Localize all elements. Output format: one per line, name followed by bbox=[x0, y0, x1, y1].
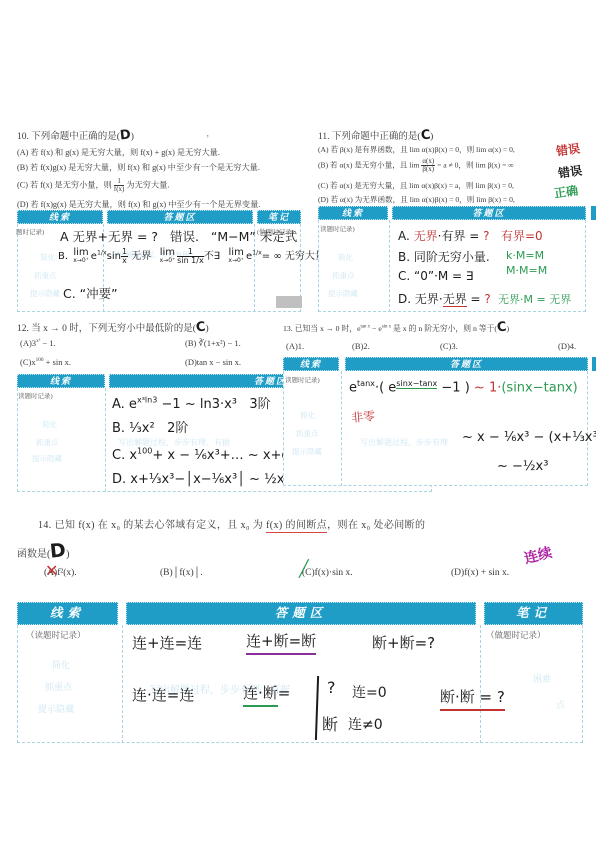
watermark-key-points: 抓重点 bbox=[45, 680, 72, 693]
q11-annotation-wrong-a: 错误 bbox=[555, 139, 581, 159]
q14-title-line2: 函数是(D) bbox=[17, 540, 69, 562]
watermark-key-points: 抓重点 bbox=[296, 428, 319, 439]
q14-work-r1-mixed-plus: 连+断=断 bbox=[246, 630, 316, 655]
watermark-key-points: 抓重点 bbox=[36, 437, 59, 448]
q13-option-b: (B)2. bbox=[352, 341, 370, 351]
q12-clue-sublabel: 读题时记录) bbox=[18, 391, 53, 400]
q11-column-divider bbox=[389, 220, 390, 312]
fraction: 1f(x) bbox=[114, 178, 125, 193]
gray-smudge bbox=[276, 296, 302, 308]
watermark-simplify: 简化 bbox=[40, 252, 55, 263]
q14-notes-sublabel: （做题时记录） bbox=[486, 629, 546, 641]
q14-notes-header: 笔记 bbox=[484, 602, 583, 625]
q11-option-b: (B) 若 α(x) 是无穷小量，且 lim α(x)β(x) = a ≠ 0，… bbox=[318, 158, 514, 173]
q14-work-r1-continuous-plus: 连+连=连 bbox=[132, 632, 202, 653]
q14-case-condition-1: 连=0 bbox=[352, 682, 387, 702]
watermark-hint: 提示隐藏 bbox=[292, 446, 322, 457]
q11-work-line-d: D. 无界·无界 = ? bbox=[398, 290, 491, 307]
q13-work-line-3: ~ −½x³ bbox=[497, 459, 548, 474]
q11-option-d: (D) 若 α(x) 为无界函数，且 lim α(x)β(x) = 0，则 li… bbox=[318, 194, 515, 205]
q11-option-c: (C) 若 α(x) 是无穷大量，且 lim α(x)β(x) = a，则 li… bbox=[318, 180, 514, 191]
q10-work-line-b: B. limx→0⁺e1/xsin1x 无界 limx→0⁺1sin 1/x不∃… bbox=[58, 247, 325, 265]
watermark-simplify: 简化 bbox=[42, 419, 57, 430]
q11-title: 11. 下列命题中正确的是(C) bbox=[318, 128, 433, 143]
watermark-difficult: 困难 bbox=[533, 672, 551, 685]
q10-work-line-a: A 无界+无界 = ? 错误. “M−M” 未定式 bbox=[60, 227, 297, 245]
q13-clue-header: 线索 bbox=[283, 357, 339, 371]
q12-work-line-b: B. ⅓x² 2阶 bbox=[112, 417, 188, 436]
q11-work-line-c: C. “0”·M = ∃ bbox=[398, 269, 474, 283]
q11-work-green-1: k·M=M bbox=[506, 249, 544, 262]
q10-option-c: (C) 若 f(x) 是无穷小量，则 1f(x) 为无穷大量. bbox=[17, 178, 169, 193]
q11-option-a: (A) 若 β(x) 是有界函数，且 lim α(x)β(x) = 0，则 li… bbox=[318, 144, 515, 155]
watermark-hint: 提示隐藏 bbox=[328, 288, 358, 299]
q10-notes-header: 笔记 bbox=[257, 210, 301, 224]
watermark-simplify: 简化 bbox=[300, 410, 315, 421]
q14-title-line1: 14. 已知 f(x) 在 x₀ 的某去心邻域有定义，且 x₀ 为 f(x) 的… bbox=[38, 516, 425, 531]
q10-answer-area-header: 答题区 bbox=[107, 210, 253, 224]
fraction: α(x)β(x) bbox=[421, 158, 435, 173]
q14-check-slash-mark: ╱ bbox=[299, 559, 309, 578]
q11-answer-area-header: 答题区 bbox=[392, 206, 586, 220]
q12-option-a: (A)3x³ − 1. bbox=[20, 338, 56, 348]
watermark-simplify: 简化 bbox=[52, 658, 70, 671]
q14-option-d: (D)f(x) + sin x. bbox=[451, 568, 509, 578]
q14-handwritten-answer: D bbox=[49, 539, 67, 563]
watermark-key-points: 抓重点 bbox=[332, 270, 355, 281]
q10-clue-sublabel: 题时记录) bbox=[16, 227, 44, 236]
q11-annotation-wrong-b: 错误 bbox=[557, 161, 583, 181]
q12-title: 12. 当 x → 0 时，下列无穷小中最低阶的是(C) bbox=[17, 320, 209, 335]
q13-column-divider bbox=[341, 371, 342, 486]
q14-column-divider-1 bbox=[122, 625, 123, 743]
q11-handwritten-answer: C bbox=[420, 128, 431, 144]
q11-annotation-correct-c: 正确 bbox=[553, 181, 579, 201]
q10-option-b: (B) 若 f(x)g(x) 是无穷大量，则 f(x) 和 g(x) 中至少有一… bbox=[17, 162, 260, 173]
q12-work-line-a: A. ex³ln3 −1 ~ ln3·x³ 3阶 bbox=[112, 393, 271, 412]
watermark-hint: 提示隐藏 bbox=[32, 453, 62, 464]
q14-option-c: (C)f(x)·sin x. bbox=[302, 568, 353, 578]
q11-clue-header: 线索 bbox=[318, 206, 388, 220]
q13-handwritten-answer: C bbox=[496, 320, 507, 336]
q14-work-r1-discontinuous-plus: 断+断=? bbox=[372, 632, 435, 653]
q13-notes-column-sliver bbox=[592, 357, 596, 371]
q11-clue-sublabel: 读题时记录) bbox=[320, 224, 355, 233]
q12-option-b: (B) ∛(1+x²) − 1. bbox=[185, 338, 241, 349]
q13-work-line-1: etanx·( esinx−tanx −1 ) ~ 1·(sinx−tanx) bbox=[349, 379, 578, 395]
q12-option-c: (C)x100 + sin x. bbox=[20, 357, 71, 367]
q14-red-underlined-phrase: f(x) 的间断点 bbox=[266, 520, 327, 533]
q14-case-condition-2: 连≠0 bbox=[348, 714, 383, 734]
watermark-point: 点 bbox=[556, 698, 565, 711]
q13-work-line-2: ~ x − ⅙x³ − (x+⅓x³) bbox=[462, 430, 596, 445]
scanned-workbook-page: ’ 10. 下列命题中正确的是(D) (A) 若 f(x) 和 g(x) 是无穷… bbox=[0, 0, 596, 842]
q10-title: 10. 下列命题中正确的是(D) bbox=[17, 128, 134, 143]
q12-column-divider bbox=[105, 388, 106, 492]
q12-handwritten-answer: C bbox=[195, 320, 206, 336]
q12-clue-header: 线索 bbox=[17, 374, 105, 388]
q10-handwritten-answer: D bbox=[119, 127, 131, 143]
watermark-key-points: 抓重点 bbox=[34, 270, 57, 281]
q14-case-question: ? bbox=[327, 678, 336, 697]
q14-work-r2-continuous-times: 连·连=连 bbox=[132, 684, 194, 705]
watermark-hint: 提示隐藏 bbox=[38, 702, 74, 715]
q10-option-a: (A) 若 f(x) 和 g(x) 是无穷大量，则 f(x) + g(x) 是无… bbox=[17, 147, 220, 158]
stray-mark: ’ bbox=[206, 134, 209, 145]
q14-case-discontinuous: 断 bbox=[322, 712, 338, 735]
q14-option-b: (B)│f(x)│. bbox=[160, 568, 203, 578]
watermark-hint: 提示隐藏 bbox=[30, 288, 60, 299]
q13-clue-sublabel: 读题时记录) bbox=[285, 375, 320, 384]
q11-work-green-3: 无界·M = 无界 bbox=[498, 291, 571, 307]
q13-option-a: (A)1. bbox=[286, 341, 304, 351]
q13-answer-area-header: 答题区 bbox=[345, 357, 588, 371]
q14-work-r2-discontinuous-times: 断·断 = ? bbox=[440, 686, 505, 711]
q13-title: 13. 已知当 x → 0 时，etan x − esin x 是 x 的 n … bbox=[283, 320, 509, 335]
q14-cross-mark: ✕ bbox=[45, 561, 58, 580]
watermark-simplify: 简化 bbox=[338, 252, 353, 263]
q13-option-c: (C)3. bbox=[440, 341, 458, 351]
q11-work-line-a: A. 无界·有界 = ? 有界=0 bbox=[398, 227, 543, 244]
q13-option-d: (D)4. bbox=[558, 341, 576, 351]
q11-work-green-2: M·M=M bbox=[506, 264, 547, 277]
q11-work-line-b: B. 同阶无穷小量. bbox=[398, 248, 490, 265]
q14-answer-area-header: 答题区 bbox=[126, 602, 476, 625]
q14-clue-header: 线索 bbox=[17, 602, 118, 625]
q14-column-divider-2 bbox=[480, 625, 481, 743]
q10-clue-header: 线索 bbox=[17, 210, 103, 224]
q14-annotation-continuous: 连续 bbox=[522, 542, 554, 568]
q12-option-d: (D)tan x − sin x. bbox=[185, 357, 241, 367]
q10-option-d: (D) 若 f(x)g(x) 是无穷大量，则 f(x) 和 g(x) 中至少有一… bbox=[17, 199, 260, 210]
q14-clue-sublabel: （读题时记录） bbox=[26, 629, 86, 641]
q10-work-line-c: C. “冲要” bbox=[63, 284, 118, 302]
q13-work-note-nonzero: 非零 bbox=[350, 407, 375, 426]
watermark-center: 写出解题过程，步步有理 bbox=[360, 437, 448, 448]
q14-work-r2-mixed-times: 连·断= bbox=[243, 682, 290, 707]
q11-notes-column-sliver bbox=[591, 206, 596, 220]
